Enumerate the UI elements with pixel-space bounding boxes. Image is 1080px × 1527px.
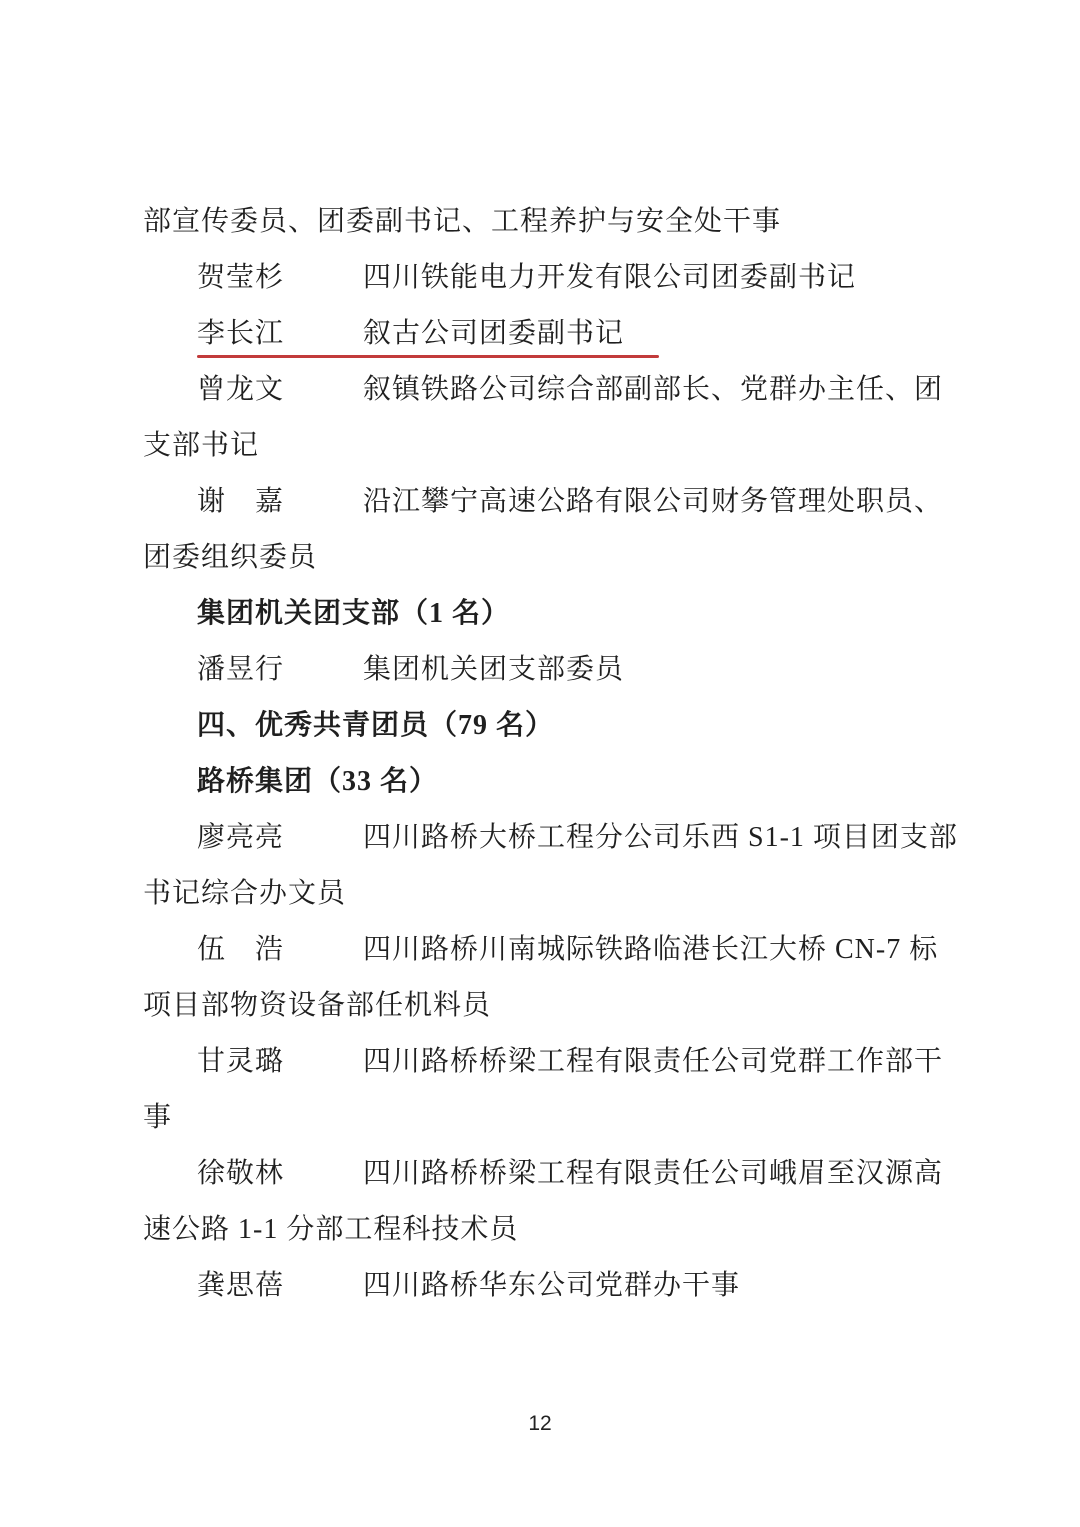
wrapped-text-line: 项目部物资设备部任机料员 [143, 978, 993, 1034]
person-name: 谢 嘉 [197, 474, 363, 530]
award-entry: 潘昱行集团机关团支部委员 [143, 642, 993, 698]
person-name: 龚思蓓 [197, 1258, 363, 1314]
person-title: 沿江攀宁高速公路有限公司财务管理处职员、 [363, 486, 943, 517]
award-entry: 伍 浩四川路桥川南城际铁路临港长江大桥 CN-7 标 [143, 922, 993, 978]
person-title: 四川铁能电力开发有限公司团委副书记 [363, 262, 856, 293]
award-entry: 曾龙文叙镇铁路公司综合部副部长、党群办主任、团 [143, 362, 993, 418]
person-title: 叙镇铁路公司综合部副部长、党群办主任、团 [363, 374, 943, 405]
person-name: 贺莹杉 [197, 250, 363, 306]
wrapped-text-line: 事 [143, 1090, 993, 1146]
section-heading: 四、优秀共青团员（79 名） [143, 698, 993, 754]
person-name: 徐敬林 [197, 1146, 363, 1202]
section-heading: 集团机关团支部（1 名） [143, 586, 993, 642]
award-entry-highlighted: 李长江叙古公司团委副书记 [143, 306, 993, 362]
award-entry: 谢 嘉沿江攀宁高速公路有限公司财务管理处职员、 [143, 474, 993, 530]
person-name: 伍 浩 [197, 922, 363, 978]
document-page: 部宣传委员、团委副书记、工程养护与安全处干事 贺莹杉四川铁能电力开发有限公司团委… [0, 0, 1080, 1527]
person-title: 叙古公司团委副书记 [363, 318, 624, 349]
award-entry: 廖亮亮四川路桥大桥工程分公司乐西 S1-1 项目团支部 [143, 810, 993, 866]
person-title: 四川路桥桥梁工程有限责任公司峨眉至汉源高 [363, 1158, 943, 1189]
person-name: 廖亮亮 [197, 810, 363, 866]
wrapped-text-line: 支部书记 [143, 418, 993, 474]
person-title: 四川路桥川南城际铁路临港长江大桥 CN-7 标 [363, 934, 938, 965]
award-entry: 徐敬林四川路桥桥梁工程有限责任公司峨眉至汉源高 [143, 1146, 993, 1202]
person-name: 潘昱行 [197, 642, 363, 698]
person-name: 甘灵璐 [197, 1034, 363, 1090]
document-body: 部宣传委员、团委副书记、工程养护与安全处干事 贺莹杉四川铁能电力开发有限公司团委… [143, 194, 993, 1314]
wrapped-text-line: 书记综合办文员 [143, 866, 993, 922]
person-title: 四川路桥桥梁工程有限责任公司党群工作部干 [363, 1046, 943, 1077]
person-name: 李长江 [197, 306, 363, 362]
award-entry: 贺莹杉四川铁能电力开发有限公司团委副书记 [143, 250, 993, 306]
person-name: 曾龙文 [197, 362, 363, 418]
wrapped-text-line: 团委组织委员 [143, 530, 993, 586]
person-title: 四川路桥大桥工程分公司乐西 S1-1 项目团支部 [363, 822, 958, 853]
award-entry: 龚思蓓四川路桥华东公司党群办干事 [143, 1258, 993, 1314]
page-number: 12 [0, 1412, 1080, 1436]
section-heading: 路桥集团（33 名） [143, 754, 993, 810]
wrapped-text-line: 速公路 1-1 分部工程科技术员 [143, 1202, 993, 1258]
person-title: 集团机关团支部委员 [363, 654, 624, 685]
red-underline-mark [197, 355, 659, 358]
person-title: 四川路桥华东公司党群办干事 [363, 1270, 740, 1301]
wrapped-text-line: 部宣传委员、团委副书记、工程养护与安全处干事 [143, 194, 993, 250]
award-entry: 甘灵璐四川路桥桥梁工程有限责任公司党群工作部干 [143, 1034, 993, 1090]
